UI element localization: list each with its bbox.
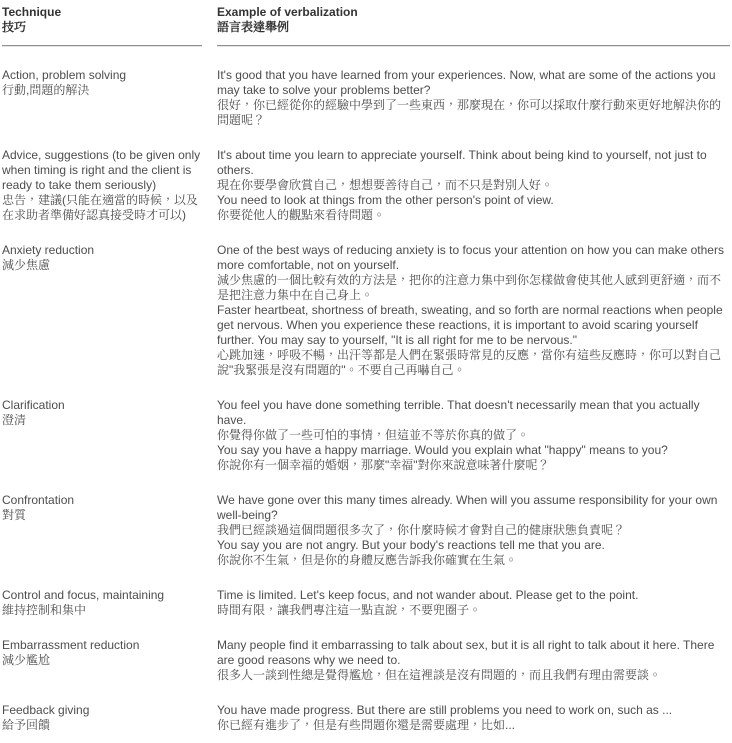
example-line-zh: 心跳加速，呼吸不暢，出汗等都是人們在緊張時常見的反應，當你有這些反應時，你可以對… [217,348,730,378]
technique-cell: Anxiety reduction 減少焦慮 [2,243,202,273]
header-technique-en: Technique [2,5,202,20]
example-line-en: One of the best ways of reducing anxiety… [217,243,730,273]
technique-cell: Feedback giving 給予回饋 [2,703,202,733]
header-technique-zh: 技巧 [2,20,202,35]
technique-name-zh: 澄清 [2,413,202,428]
table-row: Clarification 澄清 You feel you have done … [2,398,730,473]
technique-name-zh: 行動,問題的解決 [2,83,202,98]
technique-cell: Action, problem solving 行動,問題的解決 [2,68,202,98]
table-row: Action, problem solving 行動,問題的解決 It's go… [2,68,730,128]
example-line-en: Many people find it embarrassing to talk… [217,638,730,668]
example-cell: One of the best ways of reducing anxiety… [217,243,730,378]
example-line-zh: 減少焦慮的一個比較有效的方法是，把你的注意力集中到你怎樣做會使其他人感到更舒適，… [217,273,730,303]
example-cell: You feel you have done something terribl… [217,398,730,473]
example-line-zh: 你說你不生氣，但是你的身體反應告訴我你確實在生氣。 [217,553,730,568]
column-header-example: Example of verbalization 語言表達舉例 [217,5,730,47]
header-example-en: Example of verbalization [217,5,730,20]
example-line-en: You feel you have done something terribl… [217,398,730,428]
example-cell: Many people find it embarrassing to talk… [217,638,730,683]
column-header-technique: Technique 技巧 [2,5,202,47]
example-line-zh: 現在你要學會欣賞自己，想想要善待自己，而不只是對別人好。 [217,178,730,193]
example-line-en: You have made progress. But there are st… [217,703,730,718]
table-row: Advice, suggestions (to be given only wh… [2,148,730,223]
technique-name-en: Confrontation [2,493,202,508]
technique-name-en: Feedback giving [2,703,202,718]
header-divider-right [217,45,730,47]
example-line-en: We have gone over this many times alread… [217,493,730,523]
technique-cell: Advice, suggestions (to be given only wh… [2,148,202,223]
technique-name-en: Clarification [2,398,202,413]
technique-name-zh: 忠告，建議(只能在適當的時候，以及在求助者準備好認真接受時才可以) [2,193,202,223]
example-line-en: You say you have a happy marriage. Would… [217,443,730,458]
table-row: Feedback giving 給予回饋 You have made progr… [2,703,730,733]
example-line-zh: 你說你有一個幸福的婚姻，那麼"幸福"對你來說意味著什麼呢？ [217,458,730,473]
technique-name-zh: 減少尷尬 [2,653,202,668]
technique-name-zh: 減少焦慮 [2,258,202,273]
technique-name-en: Advice, suggestions (to be given only wh… [2,148,202,193]
table-row: Anxiety reduction 減少焦慮 One of the best w… [2,243,730,378]
example-line-en: You say you are not angry. But your body… [217,538,730,553]
example-cell: It's about time you learn to appreciate … [217,148,730,223]
technique-name-zh: 對質 [2,508,202,523]
example-line-zh: 你已經有進步了，但是有些問題你還是需要處理，比如... [217,718,730,733]
example-line-zh: 很多人一談到性總是覺得尷尬，但在這裡談是沒有問題的，而且我們有理由需要談。 [217,668,730,683]
example-line-zh: 時間有限，讓我們專注這一點直說，不要兜圈子。 [217,603,730,618]
example-cell: Time is limited. Let's keep focus, and n… [217,588,730,618]
example-cell: We have gone over this many times alread… [217,493,730,568]
header-divider-left [2,45,202,47]
table-body: Action, problem solving 行動,問題的解決 It's go… [2,68,730,733]
technique-cell: Confrontation 對質 [2,493,202,523]
example-cell: You have made progress. But there are st… [217,703,730,733]
example-line-en: Faster heartbeat, shortness of breath, s… [217,303,730,348]
technique-verbalization-table: Technique 技巧 Example of verbalization 語言… [0,0,732,743]
technique-cell: Embarrassment reduction 減少尷尬 [2,638,202,668]
example-line-zh: 你要從他人的觀點來看待問題。 [217,208,730,223]
example-line-zh: 我們已經談過這個問題很多次了，你什麼時候才會對自己的健康狀態負責呢？ [217,523,730,538]
table-row: Embarrassment reduction 減少尷尬 Many people… [2,638,730,683]
example-line-en: You need to look at things from the othe… [217,193,730,208]
table-header-row: Technique 技巧 Example of verbalization 語言… [2,5,730,47]
technique-name-en: Action, problem solving [2,68,202,83]
example-cell: It's good that you have learned from you… [217,68,730,128]
technique-name-en: Anxiety reduction [2,243,202,258]
technique-name-en: Control and focus, maintaining [2,588,202,603]
example-line-zh: 你覺得你做了一些可怕的事情，但這並不等於你真的做了。 [217,428,730,443]
table-row: Control and focus, maintaining 維持控制和集中 T… [2,588,730,618]
example-line-en: It's good that you have learned from you… [217,68,730,98]
technique-name-en: Embarrassment reduction [2,638,202,653]
example-line-en: Time is limited. Let's keep focus, and n… [217,588,730,603]
example-line-en: It's about time you learn to appreciate … [217,148,730,178]
header-example-zh: 語言表達舉例 [217,20,730,35]
example-line-zh: 很好，你已經從你的經驗中學到了一些東西，那麼現在，你可以採取什麼行動來更好地解決… [217,98,730,128]
table-row: Confrontation 對質 We have gone over this … [2,493,730,568]
technique-cell: Clarification 澄清 [2,398,202,428]
technique-cell: Control and focus, maintaining 維持控制和集中 [2,588,202,618]
technique-name-zh: 維持控制和集中 [2,603,202,618]
technique-name-zh: 給予回饋 [2,718,202,733]
